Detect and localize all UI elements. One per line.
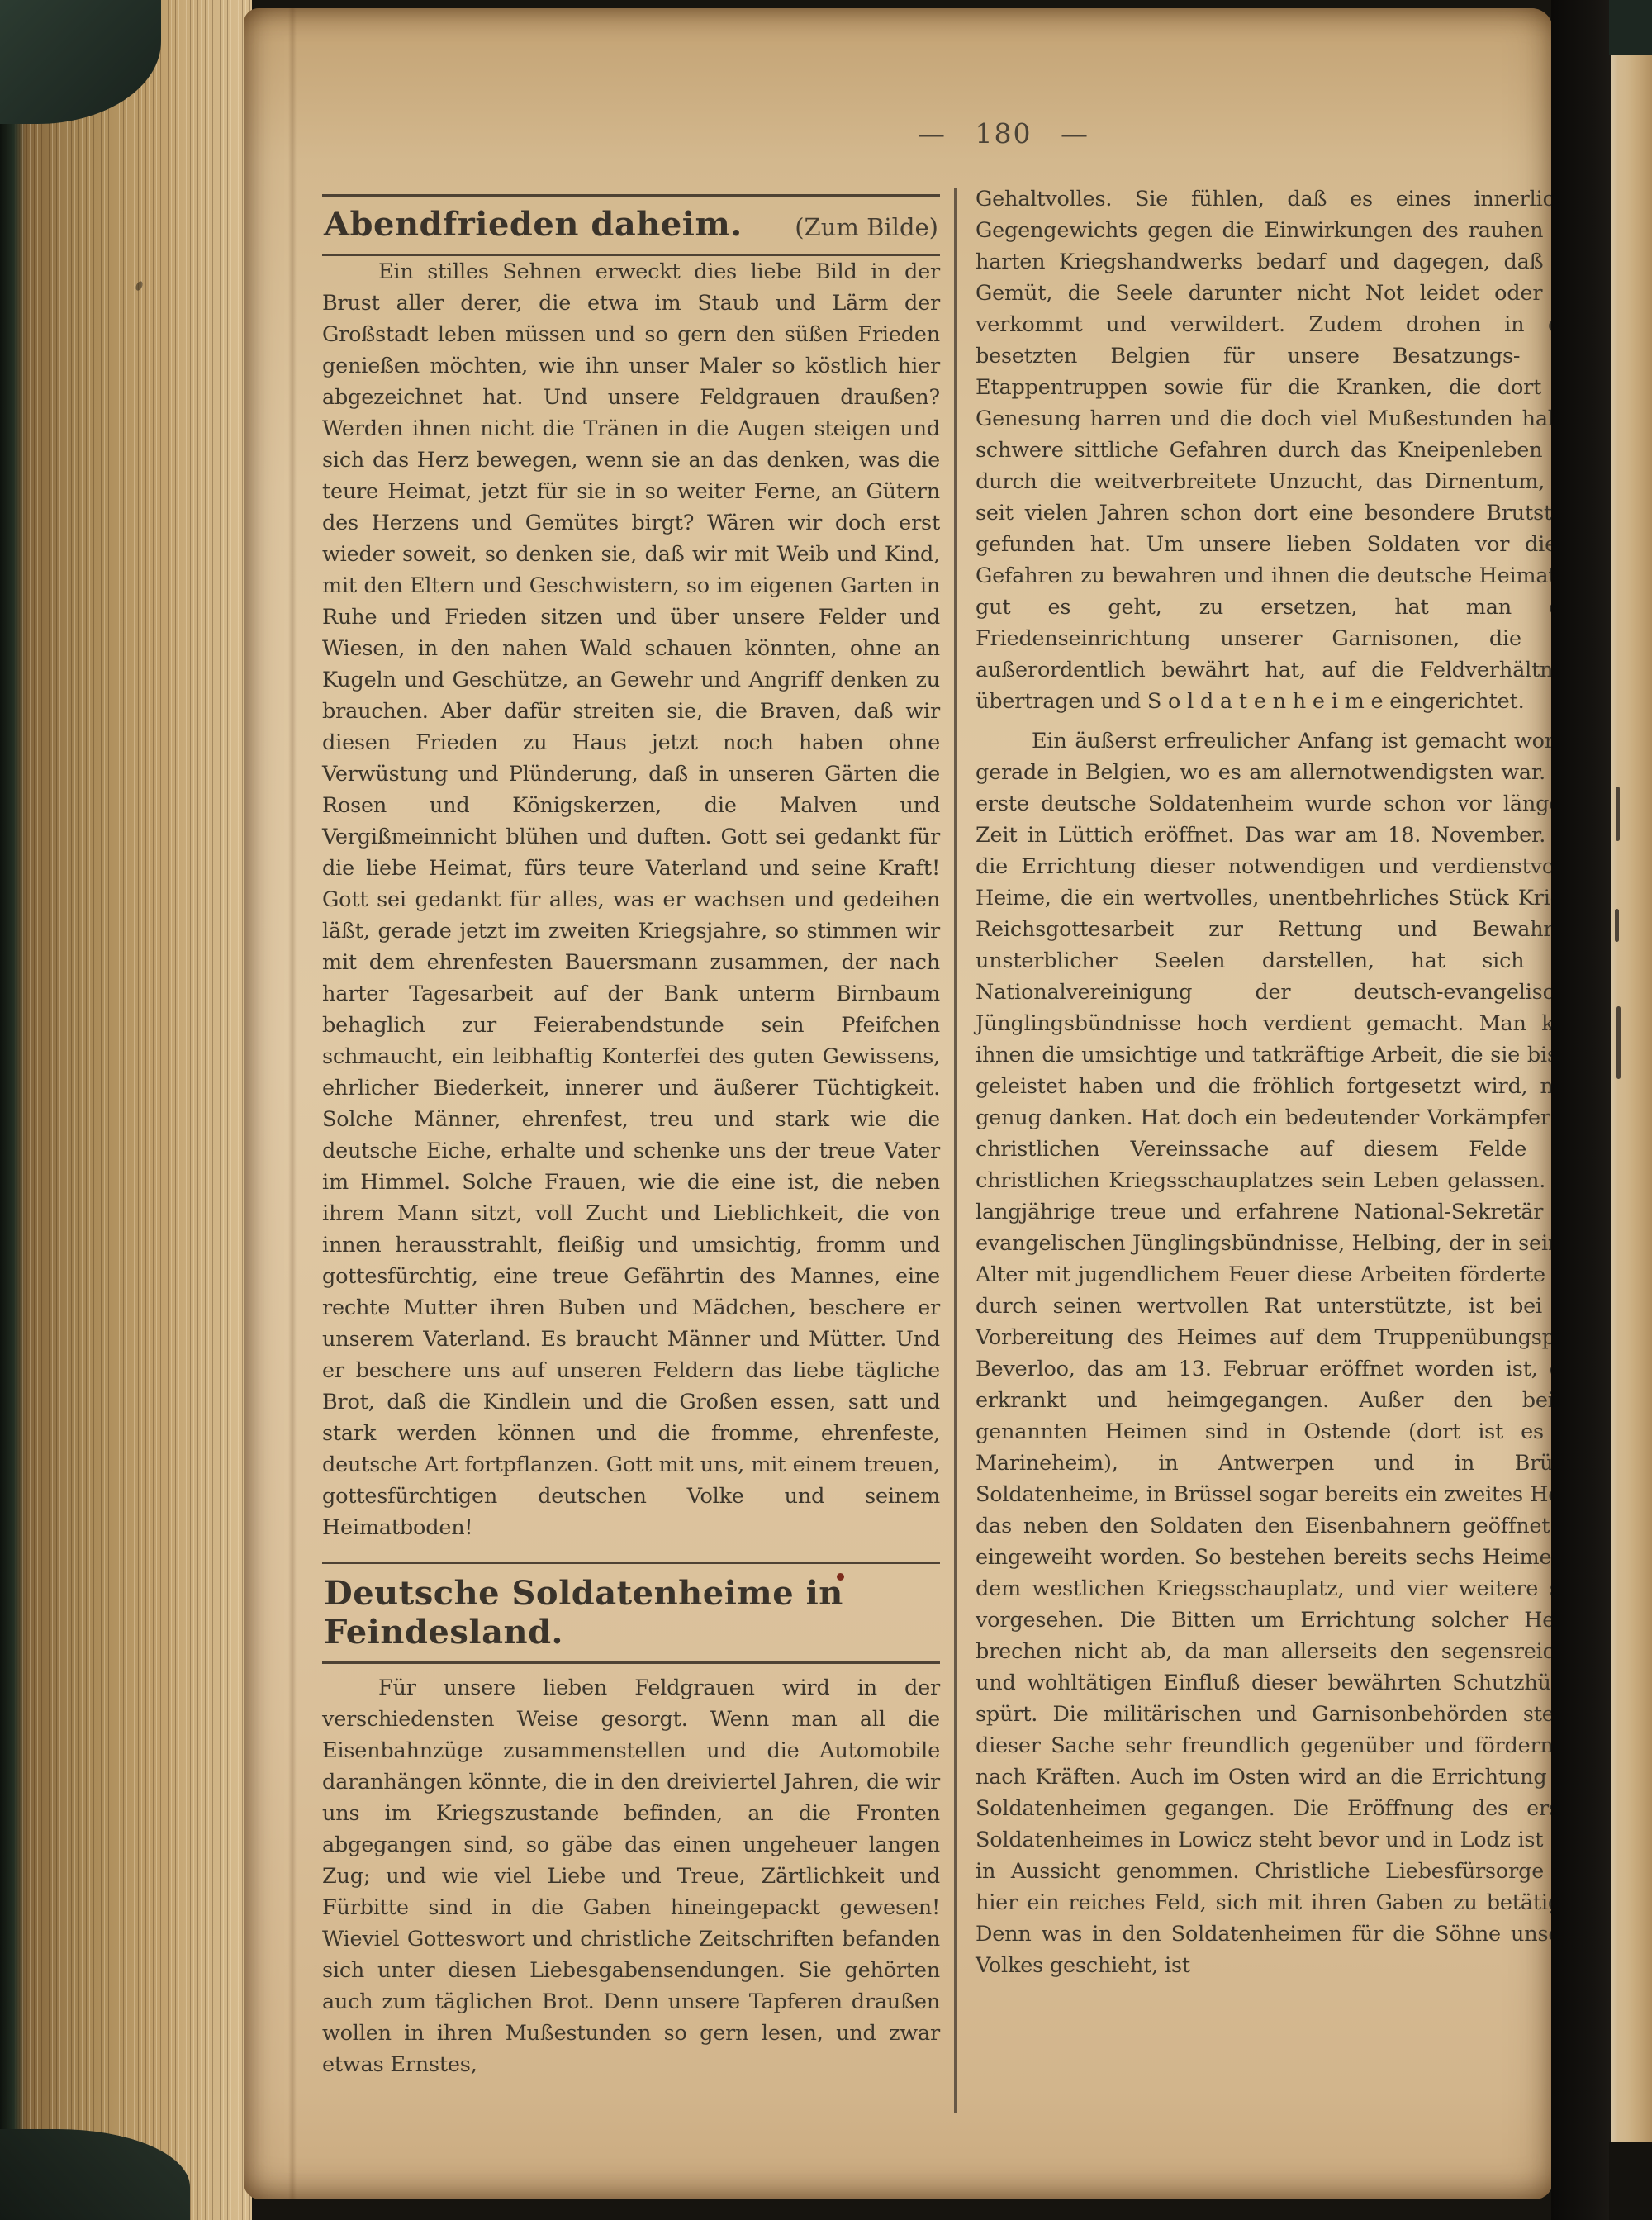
page-number: — 180 —: [855, 117, 1152, 150]
next-page-edge: [1611, 0, 1652, 2220]
right-column: Gehaltvolles. Sie fühlen, daß es eines i…: [976, 183, 1593, 1981]
book-cover-bottom-right: [1609, 2142, 1652, 2220]
article2-body-column2-continuation: Gehaltvolles. Sie fühlen, daß es eines i…: [976, 183, 1593, 717]
article2-body-column2-paragraph2: Ein äußerst erfreulicher Anfang ist gema…: [976, 725, 1593, 1981]
page-crease: [288, 8, 297, 2199]
book-spine-edge: [0, 0, 25, 2220]
article2-heading-block: Deutsche Soldatenheime in Feindesland.: [322, 1562, 940, 1664]
left-column: Abendfrieden daheim. (Zum Bilde) Ein sti…: [322, 194, 940, 2080]
article1-title: Abendfrieden daheim.: [324, 205, 743, 244]
book-cover-top-right: [1609, 0, 1652, 55]
article1-title-note: (Zum Bilde): [795, 213, 938, 241]
book-page: — 180 — Abendfrieden daheim. (Zum Bilde)…: [244, 8, 1553, 2199]
page-gutter-shadow: [1551, 0, 1612, 2220]
next-page-print-mark: [1615, 909, 1619, 942]
article2-body-column1: Für unsere lieben Feldgrauen wird in der…: [322, 1672, 940, 2080]
book-scan: — 180 — Abendfrieden daheim. (Zum Bilde)…: [0, 0, 1652, 2220]
next-page-print-mark: [1616, 1006, 1621, 1079]
red-ink-dot: [837, 1573, 844, 1581]
article2-title: Deutsche Soldatenheime in Feindesland.: [324, 1574, 938, 1652]
book-page-stack-left: [0, 0, 252, 2220]
next-page-print-mark: [1616, 787, 1620, 841]
article1-heading-block: Abendfrieden daheim. (Zum Bilde): [322, 194, 940, 256]
article1-body: Ein stilles Sehnen erweckt dies liebe Bi…: [322, 256, 940, 1543]
column-divider-rule: [954, 188, 957, 2113]
